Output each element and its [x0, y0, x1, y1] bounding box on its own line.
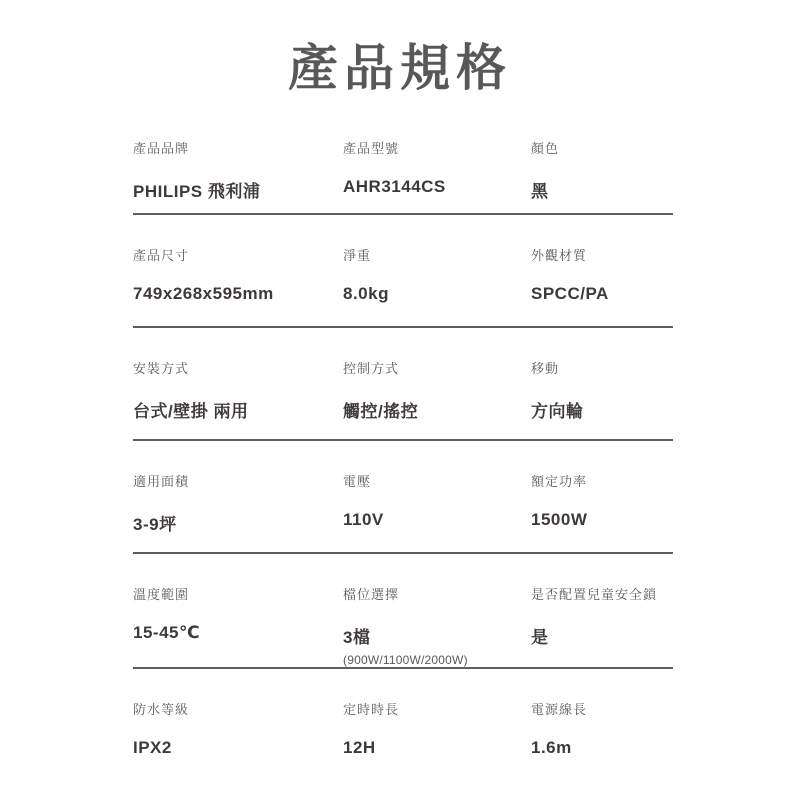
spec-row-brand-model-color: 產品品牌 PHILIPS 飛利浦 產品型號 AHR3144CS 顏色 黑: [133, 125, 673, 215]
spec-value: SPCC/PA: [531, 284, 663, 304]
spec-cell-net-weight: 淨重 8.0kg: [343, 245, 531, 326]
spec-label: 安裝方式: [133, 358, 333, 377]
spec-row-waterproof-timer-cord: 防水等級 IPX2 定時時長 12H 電源線長 1.6m: [133, 669, 673, 796]
spec-row-area-voltage-power: 適用面積 3-9坪 電壓 110V 額定功率 1500W: [133, 441, 673, 554]
spec-cell-brand: 產品品牌 PHILIPS 飛利浦: [133, 138, 343, 213]
spec-cell-voltage: 電壓 110V: [343, 471, 531, 552]
spec-label: 電壓: [343, 471, 521, 490]
spec-row-size-weight-material: 產品尺寸 749x268x595mm 淨重 8.0kg 外觀材質 SPCC/PA: [133, 215, 673, 328]
spec-label: 溫度範圍: [133, 584, 333, 603]
product-spec-sheet: 產品規格 產品品牌 PHILIPS 飛利浦 產品型號 AHR3144CS 顏色 …: [0, 0, 800, 800]
spec-value: 3-9坪: [133, 510, 333, 535]
spec-label: 電源線長: [531, 699, 663, 718]
spec-value: 110V: [343, 510, 521, 530]
spec-cell-color: 顏色 黑: [531, 138, 673, 213]
spec-value: IPX2: [133, 738, 333, 758]
spec-value: 方向輪: [531, 397, 663, 422]
page-title: 產品規格: [0, 0, 800, 125]
spec-value: 8.0kg: [343, 284, 521, 304]
spec-value: 3檔: [343, 623, 521, 648]
spec-value: 12H: [343, 738, 521, 758]
spec-table: 產品品牌 PHILIPS 飛利浦 產品型號 AHR3144CS 顏色 黑 產品尺…: [133, 125, 673, 796]
spec-cell-material: 外觀材質 SPCC/PA: [531, 245, 673, 326]
spec-value: AHR3144CS: [343, 177, 521, 197]
spec-value: 15-45℃: [133, 623, 333, 643]
spec-value: 台式/壁掛 兩用: [133, 397, 333, 422]
spec-label: 顏色: [531, 138, 663, 157]
spec-label: 定時時長: [343, 699, 521, 718]
spec-value: 749x268x595mm: [133, 284, 333, 304]
spec-cell-mobility: 移動 方向輪: [531, 358, 673, 439]
spec-label: 檔位選擇: [343, 584, 521, 603]
spec-row-temp-gear-lock: 溫度範圍 15-45℃ 檔位選擇 3檔 (900W/1100W/2000W) 是…: [133, 554, 673, 669]
spec-label: 額定功率: [531, 471, 663, 490]
spec-value: 是: [531, 623, 663, 648]
spec-label: 是否配置兒童安全鎖: [531, 584, 663, 603]
spec-value: 黑: [531, 177, 663, 202]
spec-label: 控制方式: [343, 358, 521, 377]
spec-label: 產品型號: [343, 138, 521, 157]
spec-label: 產品品牌: [133, 138, 333, 157]
spec-label: 產品尺寸: [133, 245, 333, 264]
spec-label: 外觀材質: [531, 245, 663, 264]
spec-cell-coverage-area: 適用面積 3-9坪: [133, 471, 343, 552]
spec-cell-rated-power: 額定功率 1500W: [531, 471, 673, 552]
spec-label: 淨重: [343, 245, 521, 264]
spec-value: PHILIPS 飛利浦: [133, 177, 333, 202]
spec-value: 觸控/搖控: [343, 397, 521, 422]
spec-label: 移動: [531, 358, 663, 377]
spec-cell-timer-duration: 定時時長 12H: [343, 699, 531, 796]
spec-label: 防水等級: [133, 699, 333, 718]
spec-cell-installation: 安裝方式 台式/壁掛 兩用: [133, 358, 343, 439]
spec-cell-gear-selection: 檔位選擇 3檔 (900W/1100W/2000W): [343, 584, 531, 667]
spec-cell-model: 產品型號 AHR3144CS: [343, 138, 531, 213]
spec-cell-dimensions: 產品尺寸 749x268x595mm: [133, 245, 343, 326]
spec-row-install-control-move: 安裝方式 台式/壁掛 兩用 控制方式 觸控/搖控 移動 方向輪: [133, 328, 673, 441]
spec-value: 1.6m: [531, 738, 663, 758]
spec-label: 適用面積: [133, 471, 333, 490]
spec-cell-control: 控制方式 觸控/搖控: [343, 358, 531, 439]
spec-cell-waterproof-rating: 防水等級 IPX2: [133, 699, 343, 796]
spec-value: 1500W: [531, 510, 663, 530]
spec-cell-cord-length: 電源線長 1.6m: [531, 699, 673, 796]
spec-note-gear-watts: (900W/1100W/2000W): [343, 653, 521, 667]
spec-cell-temperature-range: 溫度範圍 15-45℃: [133, 584, 343, 667]
spec-cell-child-lock: 是否配置兒童安全鎖 是: [531, 584, 673, 667]
